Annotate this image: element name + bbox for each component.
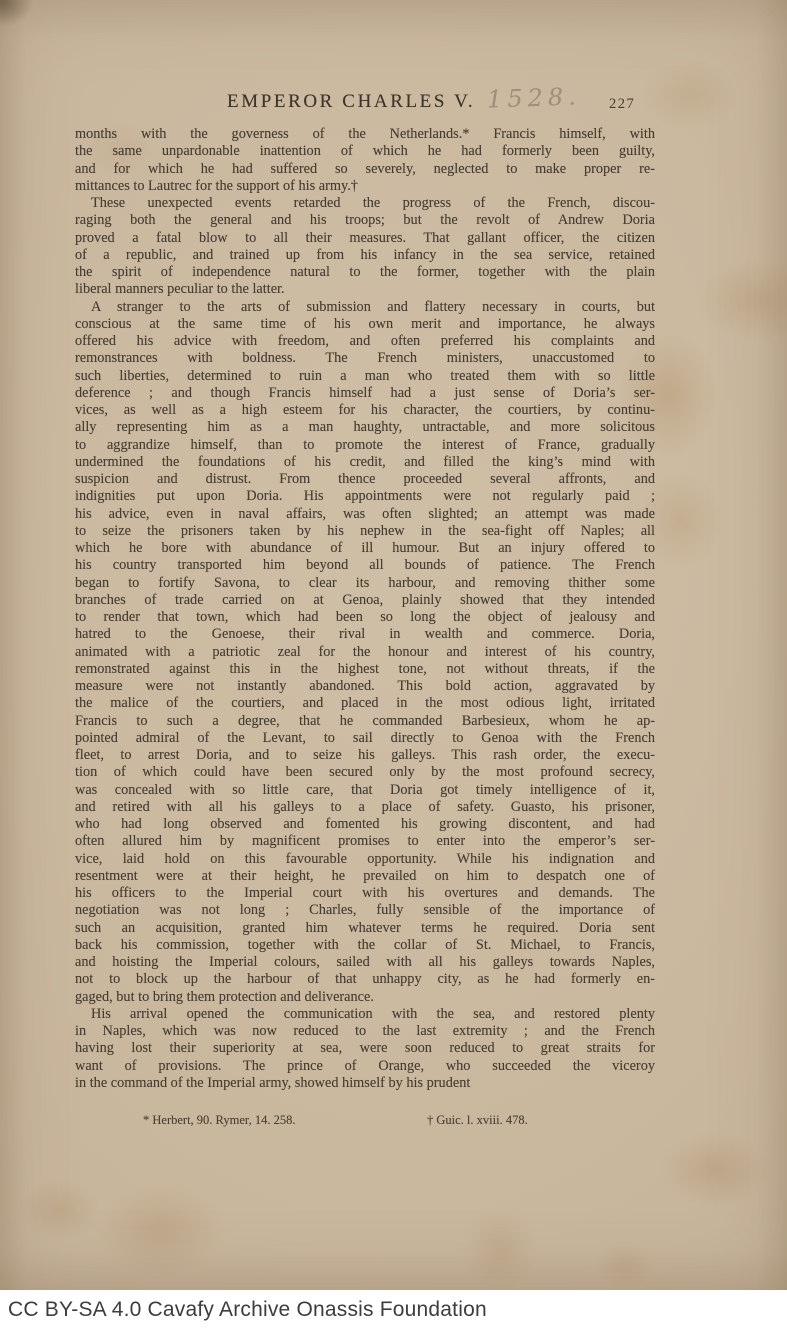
text-line: and retired with all his galleys to a pl… <box>75 799 655 816</box>
text-line: negotiation was not long ; Charles, full… <box>75 902 655 919</box>
text-line: vice, laid hold on this favourable oppor… <box>75 851 655 868</box>
text-line: and hoisting the Imperial colours, saile… <box>75 954 655 971</box>
attribution-bar: CC BY-SA 4.0 Cavafy Archive Onassis Foun… <box>0 1290 787 1330</box>
text-line: months with the governess of the Netherl… <box>75 126 655 143</box>
footnote-herbert-rymer: * Herbert, 90. Rymer, 14. 258. <box>143 1113 295 1128</box>
text-line: want of provisions. The prince of Orange… <box>75 1058 655 1075</box>
text-line: often allured him by magnificent promise… <box>75 833 655 850</box>
text-line: began to fortify Savona, to clear its ha… <box>75 575 655 592</box>
scanned-book-page: EMPEROR CHARLES V. 1528. 227 months with… <box>0 0 787 1290</box>
running-head-title: EMPEROR CHARLES V. <box>227 91 475 113</box>
text-line: suspicion and distrust. From thence proc… <box>75 471 655 488</box>
text-line: A stranger to the arts of submission and… <box>75 299 655 316</box>
text-line: ally representing him as a man haughty, … <box>75 419 655 436</box>
text-line: in the command of the Imperial army, sho… <box>75 1075 655 1092</box>
text-line: conscious at the same time of his own me… <box>75 316 655 333</box>
text-line: proved a fatal blow to all their measure… <box>75 230 655 247</box>
text-line: having lost their superiority at sea, we… <box>75 1040 655 1057</box>
text-line: His arrival opened the communication wit… <box>75 1006 655 1023</box>
footnotes: * Herbert, 90. Rymer, 14. 258. † Guic. l… <box>75 1113 655 1133</box>
text-line: undermined the foundations of his credit… <box>75 454 655 471</box>
handwritten-year-annotation: 1528. <box>487 82 582 113</box>
text-line: resentment were at their height, he prev… <box>75 868 655 885</box>
text-line: not to block up the harbour of that unha… <box>75 971 655 988</box>
text-line: branches of trade carried on at Genoa, p… <box>75 592 655 609</box>
text-line: measure were not instantly abandoned. Th… <box>75 678 655 695</box>
text-line: vices, as well as a high esteem for his … <box>75 402 655 419</box>
text-line: fleet, to arrest Doria, and to seize his… <box>75 747 655 764</box>
text-line: indignities put upon Doria. His appointm… <box>75 488 655 505</box>
paragraph: A stranger to the arts of submission and… <box>75 299 655 1006</box>
text-line: gaged, but to bring them protection and … <box>75 989 655 1006</box>
text-line: to render that town, which had been so l… <box>75 609 655 626</box>
text-line: such an acquisition, granted him whateve… <box>75 920 655 937</box>
text-line: remonstrated against this in the highest… <box>75 661 655 678</box>
paragraph: These unexpected events retarded the pro… <box>75 195 655 299</box>
page-number: 227 <box>609 96 635 113</box>
text-line: deference ; and though Francis himself h… <box>75 385 655 402</box>
text-line: his advice, even in naval affairs, was o… <box>75 506 655 523</box>
text-line: was concealed with so little care, that … <box>75 782 655 799</box>
text-line: in Naples, which was now reduced to the … <box>75 1023 655 1040</box>
license-text: CC BY-SA 4.0 Cavafy Archive Onassis Foun… <box>0 1298 487 1322</box>
text-line: the malice of the courtiers, and placed … <box>75 695 655 712</box>
text-line: back his commission, together with the c… <box>75 937 655 954</box>
text-line: animated with a patriotic zeal for the h… <box>75 644 655 661</box>
paragraph: His arrival opened the communication wit… <box>75 1006 655 1092</box>
text-line: which he bore with abundance of ill humo… <box>75 540 655 557</box>
text-line: These unexpected events retarded the pro… <box>75 195 655 212</box>
text-line: raging both the general and his troops; … <box>75 212 655 229</box>
text-line: hatred to the Genoese, their rival in we… <box>75 626 655 643</box>
text-line: mittances to Lautrec for the support of … <box>75 178 655 195</box>
text-line: who had long observed and fomented his g… <box>75 816 655 833</box>
text-line: remonstrances with boldness. The French … <box>75 350 655 367</box>
text-line: of a republic, and trained up from his i… <box>75 247 655 264</box>
text-line: his country transported him beyond all b… <box>75 557 655 574</box>
paragraph: months with the governess of the Netherl… <box>75 126 655 195</box>
text-line: to aggrandize himself, than to promote t… <box>75 437 655 454</box>
text-line: tion of which could have been secured on… <box>75 764 655 781</box>
text-line: such liberties, determined to ruin a man… <box>75 368 655 385</box>
text-line: pointed admiral of the Levant, to sail d… <box>75 730 655 747</box>
text-line: Francis to such a degree, that he comman… <box>75 713 655 730</box>
text-line: liberal manners peculiar to the latter. <box>75 281 655 298</box>
text-line: and for which he had suffered so severel… <box>75 161 655 178</box>
text-line: to seize the prisoners taken by his neph… <box>75 523 655 540</box>
body-text: months with the governess of the Netherl… <box>75 126 655 1092</box>
footnote-guicciardini: † Guic. l. xviii. 478. <box>427 1113 528 1128</box>
text-line: the same unpardonable inattention of whi… <box>75 143 655 160</box>
text-line: his officers to the Imperial court with … <box>75 885 655 902</box>
text-line: the spirit of independence natural to th… <box>75 264 655 281</box>
text-line: offered his advice with freedom, and oft… <box>75 333 655 350</box>
